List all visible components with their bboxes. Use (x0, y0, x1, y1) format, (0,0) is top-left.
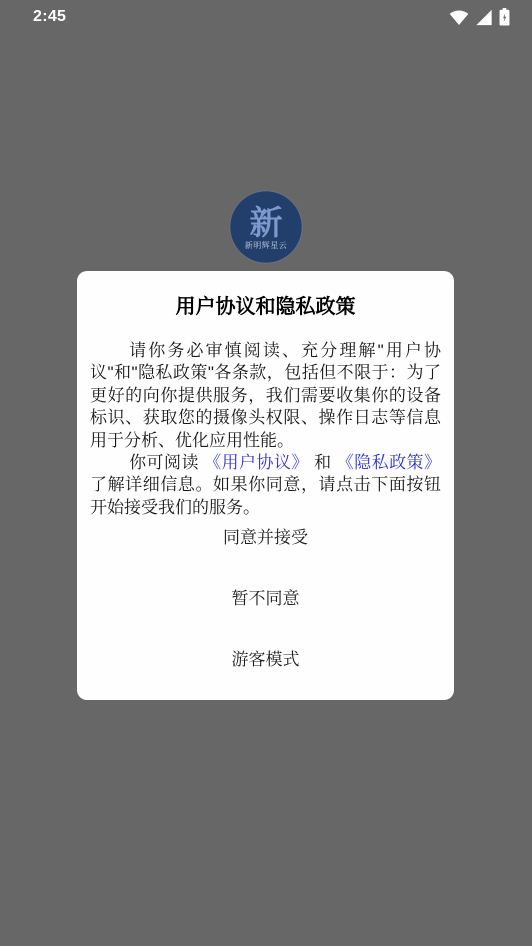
app-screen: 2:45 新 (0, 0, 532, 946)
signal-icon (475, 9, 493, 26)
status-icons (449, 8, 510, 26)
dialog-title: 用户协议和隐私政策 (77, 294, 454, 320)
policy-paragraph-1: 请你务必审慎阅读、充分理解"用户协议"和"隐私政策"各条款，包括但不限于：为了更… (90, 340, 441, 452)
dialog-body: 请你务必审慎阅读、充分理解"用户协议"和"隐私政策"各条款，包括但不限于：为了更… (90, 340, 441, 519)
user-agreement-link[interactable]: 《用户协议》 (204, 453, 309, 472)
battery-icon (499, 8, 510, 26)
guest-mode-button[interactable]: 游客模式 (232, 649, 300, 671)
dialog-buttons: 同意并接受 暂不同意 游客模式 (77, 527, 454, 671)
status-time: 2:45 (33, 8, 66, 26)
paragraph-2-post: 了解详细信息。如果你同意，请点击下面按钮开始接受我们的服务。 (90, 475, 441, 516)
wifi-icon (449, 9, 469, 26)
privacy-policy-link[interactable]: 《隐私政策》 (337, 453, 441, 472)
paragraph-2-pre: 你可阅读 (129, 453, 199, 472)
app-logo: 新 新明辉星云 (228, 189, 304, 265)
policy-paragraph-2: 你可阅读 《用户协议》 和 《隐私政策》 了解详细信息。如果你同意，请点击下面按… (90, 452, 441, 519)
logo-subtext: 新明辉星云 (245, 240, 288, 250)
disagree-button[interactable]: 暂不同意 (232, 588, 300, 610)
paragraph-2-mid: 和 (314, 453, 331, 472)
policy-paragraph-1-text: 请你务必审慎阅读、充分理解"用户协议"和"隐私政策"各条款，包括但不限于：为了更… (90, 341, 441, 450)
status-bar: 2:45 (0, 0, 532, 34)
agree-accept-button[interactable]: 同意并接受 (223, 527, 308, 549)
privacy-dialog: 用户协议和隐私政策 请你务必审慎阅读、充分理解"用户协议"和"隐私政策"各条款，… (77, 271, 454, 700)
logo-glyph: 新 (250, 204, 283, 241)
